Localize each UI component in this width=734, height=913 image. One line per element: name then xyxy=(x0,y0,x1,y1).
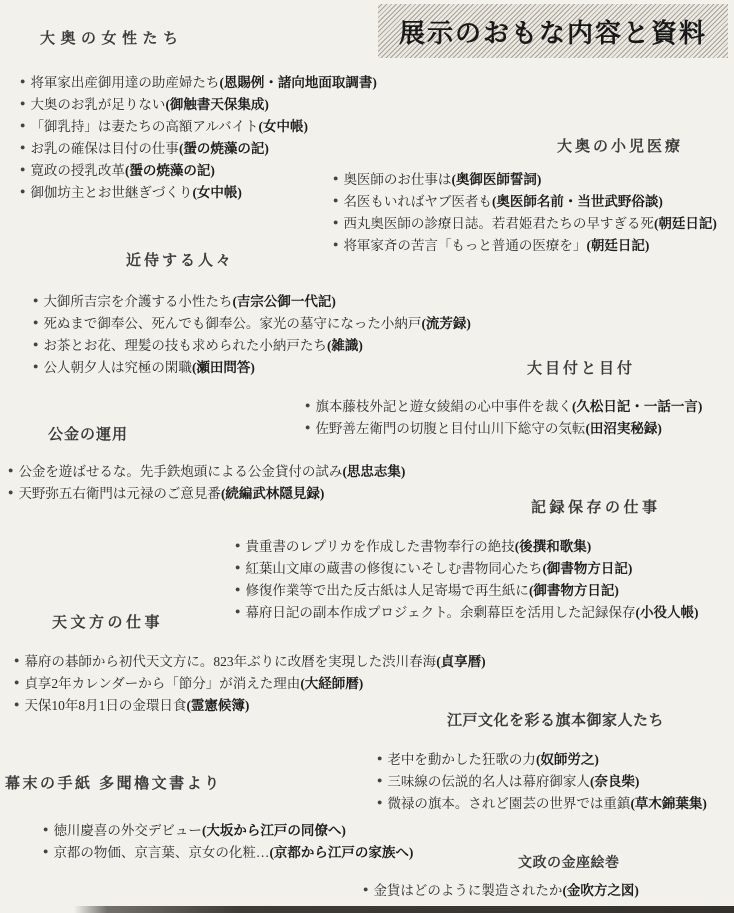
item-source: (小役人帳) xyxy=(635,601,698,621)
page-title: 展示のおもな内容と資料 xyxy=(399,13,707,50)
list-item: ●寛政の授乳改革(蜑の焼藻の記) xyxy=(20,158,377,180)
item-source: (大坂から江戸の同僚へ) xyxy=(202,819,346,839)
section-heading-gold-mint: 文政の金座絵巻 xyxy=(518,852,620,872)
bullet-icon: ● xyxy=(305,401,310,410)
list-item: ●幕府日記の副本作成プロジェクト。余剰幕臣を活用した記録保存(小役人帳) xyxy=(235,600,698,622)
item-text: 佐野善左衛門の切腹と目付山川下総守の気転 xyxy=(315,417,585,437)
item-source: (朝廷日記) xyxy=(586,234,649,254)
item-text: 大奥のお乳が足りない xyxy=(30,93,165,113)
item-text: 貴重書のレプリカを作成した書物奉行の絶技 xyxy=(245,535,514,555)
bullet-icon: ● xyxy=(305,423,310,432)
section-heading-pediatrics: 大奥の小児医療 xyxy=(557,135,683,156)
list-item: ●徳川慶喜の外交デビュー(大坂から江戸の同僚へ) xyxy=(43,818,413,840)
list-item: ●紅葉山文庫の蔵書の修復にいそしむ書物同心たち(御書物方日記) xyxy=(235,556,698,578)
item-text: 京都の物価、京言葉、京女の化粧… xyxy=(53,841,269,861)
list-bakumatsu-letters: ●徳川慶喜の外交デビュー(大坂から江戸の同僚へ) ●京都の物価、京言葉、京女の化… xyxy=(43,818,413,862)
item-source: (京都から江戸の家族へ) xyxy=(269,841,413,861)
item-source: (蜑の焼藻の記) xyxy=(125,159,215,179)
bullet-icon: ● xyxy=(333,240,338,249)
item-text: 奥医師のお仕事は xyxy=(343,168,451,188)
bullet-icon: ● xyxy=(235,607,240,616)
item-source: (霊憲候簿) xyxy=(186,694,249,714)
section-heading-bakumatsu-letters: 幕末の手紙 多聞櫓文書より xyxy=(5,772,222,793)
list-item: ●老中を動かした狂歌の力(奴師労之) xyxy=(377,747,707,769)
section-heading-record-keeping: 記録保存の仕事 xyxy=(531,496,661,517)
list-inspectors: ●旗本藤枝外記と遊女綾絹の心中事件を裁く(久松日記・一話一言) ●佐野善左衛門の… xyxy=(305,394,702,438)
item-text: お茶とお花、理髪の技も求められた小納戸たち xyxy=(43,334,327,354)
bullet-icon: ● xyxy=(377,798,382,807)
item-source: (朝廷日記) xyxy=(654,212,717,232)
bullet-icon: ● xyxy=(20,99,25,108)
item-source: (田沼実秘録) xyxy=(585,417,662,437)
bullet-icon: ● xyxy=(14,678,19,687)
list-item: ●西丸奥医師の診療日誌。若君姫君たちの早すぎる死(朝廷日記) xyxy=(333,211,717,233)
bullet-icon: ● xyxy=(235,585,240,594)
item-source: (蜑の焼藻の記) xyxy=(179,137,269,157)
bullet-icon: ● xyxy=(33,318,38,327)
item-text: 名医もいればヤブ医者も xyxy=(343,190,492,210)
item-text: 微禄の旗本。されど園芸の世界では重鎮 xyxy=(387,792,630,812)
list-ooku-women: ●将軍家出産御用達の助産婦たち(恩賜例・諸向地面取調書) ●大奥のお乳が足りない… xyxy=(20,70,377,202)
list-gold-mint: ●金貨はどのように製造されたか(金吹方之図) xyxy=(363,878,639,900)
bullet-icon: ● xyxy=(14,700,19,709)
item-source: (吉宗公御一代記) xyxy=(232,290,336,310)
scan-artifact-bar xyxy=(74,906,734,913)
list-item: ●将軍家斉の苦言「もっと普通の医療を」(朝廷日記) xyxy=(333,233,717,255)
item-source: (雑識) xyxy=(327,334,363,354)
list-astronomy: ●幕府の碁師から初代天文方に。823年ぶりに改暦を実現した渋川春海(貞享暦) ●… xyxy=(14,649,486,715)
section-heading-astronomy: 天文方の仕事 xyxy=(52,611,163,632)
list-item: ●お乳の確保は目付の仕事(蜑の焼藻の記) xyxy=(20,136,377,158)
bullet-icon: ● xyxy=(33,340,38,349)
bullet-icon: ● xyxy=(333,218,338,227)
bullet-icon: ● xyxy=(377,776,382,785)
item-text: 公金を遊ばせるな。先手鉄炮頭による公金貸付の試み xyxy=(18,460,342,480)
item-text: 寛政の授乳改革 xyxy=(30,159,125,179)
list-item: ●金貨はどのように製造されたか(金吹方之図) xyxy=(363,878,639,900)
bullet-icon: ● xyxy=(14,656,19,665)
section-heading-ooku-women: 大奥の女性たち xyxy=(40,27,184,48)
item-text: 老中を動かした狂歌の力 xyxy=(387,748,536,768)
bullet-icon: ● xyxy=(43,847,48,856)
list-item: ●名医もいればヤブ医者も(奥医師名前・当世武野俗談) xyxy=(333,189,717,211)
list-item: ●死ぬまで御奉公、死んでも御奉公。家光の墓守になった小納戸(流芳録) xyxy=(33,311,471,333)
bullet-icon: ● xyxy=(20,143,25,152)
item-text: 将軍家出産御用達の助産婦たち xyxy=(30,71,219,91)
item-text: 死ぬまで御奉公、死んでも御奉公。家光の墓守になった小納戸 xyxy=(43,312,421,332)
item-source: (恩賜例・諸向地面取調書) xyxy=(219,71,377,91)
list-item: ●大奥のお乳が足りない(御触書天保集成) xyxy=(20,92,377,114)
item-source: (奥医師名前・当世武野俗談) xyxy=(492,190,663,210)
bullet-icon: ● xyxy=(363,885,368,894)
item-text: 御伽坊主とお世継ぎづくり xyxy=(30,181,192,201)
item-source: (続編武林隠見録) xyxy=(221,482,325,502)
bullet-icon: ● xyxy=(43,825,48,834)
list-item: ●三味線の伝説的名人は幕府御家人(奈良柴) xyxy=(377,769,707,791)
list-item: ●天野弥五右衛門は元禄のご意見番(続編武林隠見録) xyxy=(8,481,405,503)
bullet-icon: ● xyxy=(20,187,25,196)
list-item: ●御伽坊主とお世継ぎづくり(女中帳) xyxy=(20,180,377,202)
bullet-icon: ● xyxy=(20,77,25,86)
list-item: ●微禄の旗本。されど園芸の世界では重鎮(草木錦葉集) xyxy=(377,791,707,813)
item-text: 貞享2年カレンダーから「節分」が消えた理由 xyxy=(24,672,300,692)
item-source: (後撰和歌集) xyxy=(515,535,592,555)
item-text: お乳の確保は目付の仕事 xyxy=(30,137,179,157)
item-text: 天保10年8月1日の金環日食 xyxy=(24,694,186,714)
bullet-icon: ● xyxy=(20,165,25,174)
section-heading-public-funds: 公金の運用 xyxy=(48,423,128,444)
bullet-icon: ● xyxy=(235,541,240,550)
list-item: ●京都の物価、京言葉、京女の化粧…(京都から江戸の家族へ) xyxy=(43,840,413,862)
list-item: ●奥医師のお仕事は(奥御医師誓詞) xyxy=(333,167,717,189)
item-text: 紅葉山文庫の蔵書の修復にいそしむ書物同心たち xyxy=(245,557,542,577)
list-item: ●天保10年8月1日の金環日食(霊憲候簿) xyxy=(14,693,486,715)
list-item: ●大御所吉宗を介護する小性たち(吉宗公御一代記) xyxy=(33,289,471,311)
list-edo-culture: ●老中を動かした狂歌の力(奴師労之) ●三味線の伝説的名人は幕府御家人(奈良柴)… xyxy=(377,747,707,813)
item-source: (御書物方日記) xyxy=(529,579,619,599)
bullet-icon: ● xyxy=(333,174,338,183)
item-text: 公人朝夕人は究極の閑職 xyxy=(43,356,192,376)
item-text: 徳川慶喜の外交デビュー xyxy=(53,819,202,839)
list-item: ●公金を遊ばせるな。先手鉄炮頭による公金貸付の試み(思忠志集) xyxy=(8,459,405,481)
bullet-icon: ● xyxy=(8,488,13,497)
document-page: 展示のおもな内容と資料 大奥の女性たち 大奥の小児医療 近侍する人々 大目付と目… xyxy=(0,0,734,913)
item-source: (草木錦葉集) xyxy=(630,792,707,812)
list-item: ●修復作業等で出た反古紙は人足寄場で再生紙に(御書物方日記) xyxy=(235,578,698,600)
bullet-icon: ● xyxy=(33,296,38,305)
bullet-icon: ● xyxy=(20,121,25,130)
list-item: ●佐野善左衛門の切腹と目付山川下総守の気転(田沼実秘録) xyxy=(305,416,702,438)
item-text: 旗本藤枝外記と遊女綾絹の心中事件を裁く xyxy=(315,395,572,415)
section-heading-attendants: 近侍する人々 xyxy=(126,249,234,270)
item-text: 幕府の碁師から初代天文方に。823年ぶりに改暦を実現した渋川春海 xyxy=(24,650,436,670)
item-text: 「御乳持」は妻たちの高額アルバイト xyxy=(30,115,258,135)
item-text: 三味線の伝説的名人は幕府御家人 xyxy=(387,770,590,790)
item-source: (御書物方日記) xyxy=(542,557,632,577)
list-item: ●貞享2年カレンダーから「節分」が消えた理由(大経師暦) xyxy=(14,671,486,693)
item-source: (奴師労之) xyxy=(536,748,599,768)
item-source: (大経師暦) xyxy=(300,672,363,692)
item-source: (女中帳) xyxy=(258,115,308,135)
bullet-icon: ● xyxy=(8,466,13,475)
item-text: 幕府日記の副本作成プロジェクト。余剰幕臣を活用した記録保存 xyxy=(245,601,635,621)
item-source: (貞享暦) xyxy=(436,650,486,670)
list-item: ●将軍家出産御用達の助産婦たち(恩賜例・諸向地面取調書) xyxy=(20,70,377,92)
list-item: ●貴重書のレプリカを作成した書物奉行の絶技(後撰和歌集) xyxy=(235,534,698,556)
list-public-funds: ●公金を遊ばせるな。先手鉄炮頭による公金貸付の試み(思忠志集) ●天野弥五右衛門… xyxy=(8,459,405,503)
bullet-icon: ● xyxy=(333,196,338,205)
item-source: (思忠志集) xyxy=(342,460,405,480)
list-record-keeping: ●貴重書のレプリカを作成した書物奉行の絶技(後撰和歌集) ●紅葉山文庫の蔵書の修… xyxy=(235,534,698,622)
item-source: (御触書天保集成) xyxy=(165,93,269,113)
item-text: 修復作業等で出た反古紙は人足寄場で再生紙に xyxy=(245,579,529,599)
list-pediatrics: ●奥医師のお仕事は(奥御医師誓詞) ●名医もいればヤブ医者も(奥医師名前・当世武… xyxy=(333,167,717,255)
bullet-icon: ● xyxy=(377,754,382,763)
bullet-icon: ● xyxy=(33,362,38,371)
section-heading-inspectors: 大目付と目付 xyxy=(527,357,635,378)
item-source: (奈良柴) xyxy=(590,770,640,790)
item-text: 大御所吉宗を介護する小性たち xyxy=(43,290,232,310)
item-text: 将軍家斉の苦言「もっと普通の医療を」 xyxy=(343,234,586,254)
title-banner: 展示のおもな内容と資料 xyxy=(378,4,728,58)
list-item: ●幕府の碁師から初代天文方に。823年ぶりに改暦を実現した渋川春海(貞享暦) xyxy=(14,649,486,671)
item-source: (金吹方之図) xyxy=(562,879,639,899)
list-item: ●公人朝夕人は究極の閑職(瀬田問答) xyxy=(33,355,471,377)
list-item: ●お茶とお花、理髪の技も求められた小納戸たち(雑識) xyxy=(33,333,471,355)
item-source: (奥御医師誓詞) xyxy=(451,168,541,188)
item-text: 西丸奥医師の診療日誌。若君姫君たちの早すぎる死 xyxy=(343,212,654,232)
list-item: ●旗本藤枝外記と遊女綾絹の心中事件を裁く(久松日記・一話一言) xyxy=(305,394,702,416)
item-text: 金貨はどのように製造されたか xyxy=(373,879,562,899)
item-source: (流芳録) xyxy=(421,312,471,332)
bullet-icon: ● xyxy=(235,563,240,572)
item-source: (女中帳) xyxy=(192,181,242,201)
item-source: (久松日記・一話一言) xyxy=(572,395,703,415)
item-text: 天野弥五右衛門は元禄のご意見番 xyxy=(18,482,221,502)
list-item: ●「御乳持」は妻たちの高額アルバイト(女中帳) xyxy=(20,114,377,136)
list-attendants: ●大御所吉宗を介護する小性たち(吉宗公御一代記) ●死ぬまで御奉公、死んでも御奉… xyxy=(33,289,471,377)
item-source: (瀬田問答) xyxy=(192,356,255,376)
